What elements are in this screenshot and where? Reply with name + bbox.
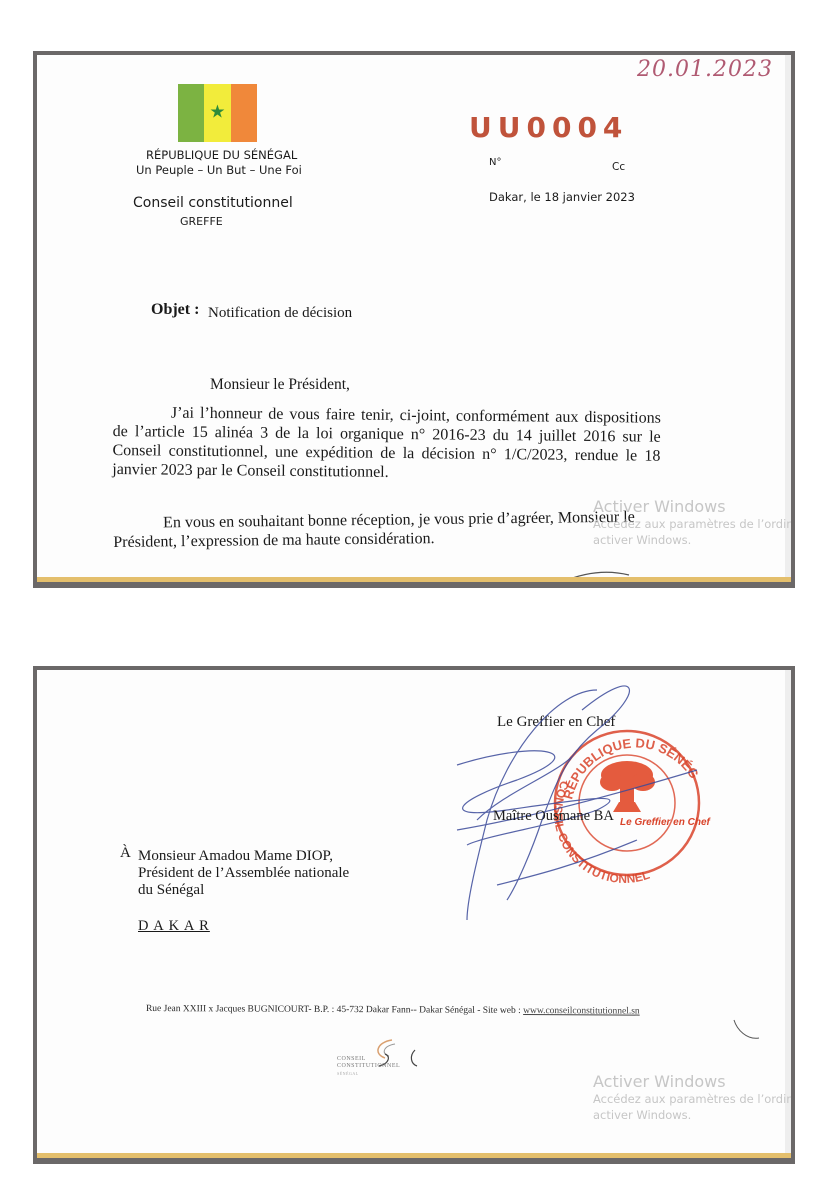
place-date: Dakar, le 18 janvier 2023 (489, 190, 635, 204)
senegal-flag-icon: ★ (178, 84, 257, 142)
recipient-block: Monsieur Amadou Mame DIOP, Président de … (138, 848, 349, 899)
reference-label: N° (489, 157, 501, 168)
footer-logo-line3: SÉNÉGAL (337, 1070, 400, 1077)
watermark-line2: activer Windows. (593, 532, 795, 548)
salutation: Monsieur le Président, (210, 376, 350, 394)
letterhead-department: GREFFE (180, 215, 223, 228)
recipient-name: Monsieur Amadou Mame DIOP, (138, 848, 349, 865)
document-page-1: ★ RÉPUBLIQUE DU SÉNÉGAL Un Peuple – Un B… (33, 51, 795, 588)
signatory-title: Le Greffier en Chef (497, 714, 615, 731)
letterhead-institution: Conseil constitutionnel (133, 195, 293, 211)
stamp-number: UU0004 (469, 111, 628, 144)
recipient-title: Président de l’Assemblée nationale (138, 865, 349, 882)
reference-suffix: Cc (612, 161, 625, 173)
watermark-line2: activer Windows. (593, 1107, 795, 1123)
watermark-line1: Accédez aux paramètres de l’ordinateur p… (593, 1091, 795, 1107)
subject-text: Notification de décision (208, 305, 352, 322)
footer-address-text: Rue Jean XXIII x Jacques BUGNICOURT- B.P… (146, 1004, 523, 1016)
watermark-line1: Accédez aux paramètres de l’ordinateur p… (593, 516, 795, 532)
signatory-name: Maître Ousmane BA (493, 808, 614, 825)
subject-label: Objet : (151, 301, 199, 319)
footer-logo-line2: CONSTITUTIONNEL (337, 1063, 400, 1070)
footer-logo-line1: CONSEIL (337, 1056, 400, 1063)
activate-windows-watermark: Activer Windows Accédez aux paramètres d… (593, 1072, 795, 1123)
activate-windows-watermark: Activer Windows Accédez aux paramètres d… (593, 497, 795, 548)
footer-website-link[interactable]: www.conseilconstitutionnel.sn (523, 1006, 640, 1017)
svg-text:RÉPUBLIQUE DU SÉNÉGAL: RÉPUBLIQUE DU SÉNÉGAL (37, 670, 702, 801)
footer-address: Rue Jean XXIII x Jacques BUGNICOURT- B.P… (146, 1004, 640, 1017)
svg-text:CONSEIL CONSTITUTIONNEL: CONSEIL CONSTITUTIONNEL (551, 779, 651, 886)
handwritten-date: 20.01.2023 (637, 57, 773, 82)
recipient-country: du Sénégal (138, 882, 349, 899)
recipient-prefix: À (120, 845, 131, 862)
watermark-title: Activer Windows (593, 1072, 795, 1091)
letterhead-motto: Un Peuple – Un But – Une Foi (136, 163, 302, 177)
svg-text:Le Greffier en Chef: Le Greffier en Chef (620, 817, 712, 828)
letterhead-republic: RÉPUBLIQUE DU SÉNÉGAL (146, 148, 297, 162)
recipient-city: D A K A R (138, 918, 210, 935)
document-page-2: Le Greffier en Chef RÉPUBLIQUE DU SÉNÉGA… (33, 666, 795, 1164)
watermark-title: Activer Windows (593, 497, 795, 516)
body-paragraph-1: J’ai l’honneur de vous faire tenir, ci-j… (112, 403, 661, 485)
